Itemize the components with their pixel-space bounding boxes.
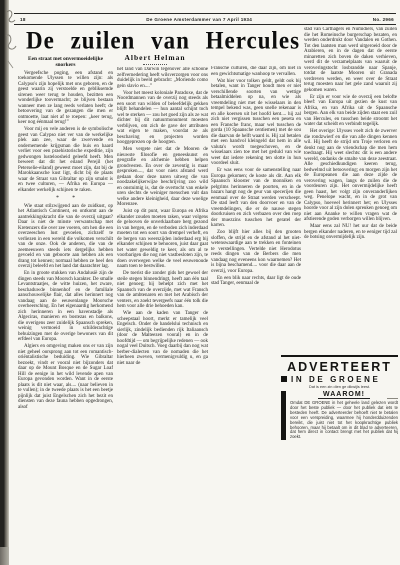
header-rule-top [14, 13, 396, 14]
page-header: 18 De Groene Amsterdammer van 7 April 19… [20, 15, 394, 23]
text-column-1: Een straat met onvermoeidelijke snorkers… [18, 55, 113, 479]
body-paragraph: Er zijn er voor wie de overzij een belof… [304, 95, 397, 128]
body-paragraph: Wie aan de kaden van Tanger de scheepsta… [117, 311, 208, 366]
body-paragraph: Men vergete niet dat de Mooren de nieuws… [117, 147, 208, 208]
black-square-icon [281, 376, 287, 382]
right-margin-mark [387, 398, 398, 399]
text-column-2: het land van Darwin tegenover alle schoo… [117, 67, 208, 479]
text-column-4: stad van Carthagers en Numidiërs, van zu… [304, 27, 397, 353]
body-paragraph: Algiers en omgeving maken ons er van zij… [18, 344, 113, 410]
body-paragraph: Juist op dit punt, waar Europa en Afrika… [117, 209, 208, 270]
body-paragraph: Voor het meest koloniale Paradoxe, dat d… [117, 91, 208, 146]
body-paragraph: Fransche culturen, die daar zijn, om nie… [211, 66, 301, 77]
masthead-dateline: De Groene Amsterdammer van 7 April 1934 [146, 17, 252, 22]
body-paragraph: Wie staat stilzwijgend aan de zuidkust, … [18, 204, 113, 270]
body-paragraph: het land van Darwin tegenover alle schoo… [117, 67, 208, 89]
advert-waarom-heading: WAAROM! [318, 391, 370, 399]
body-paragraph: En in groote stukken van Andalusië zijn … [18, 271, 113, 343]
body-paragraph: De toerist die zonder gids het gewoel de… [117, 271, 208, 310]
advert-top-rule [281, 355, 398, 357]
scan-gutter-strip [0, 0, 9, 565]
section-separator: * * [24, 196, 113, 202]
header-rule-bottom [14, 24, 396, 25]
body-paragraph: En een blik naar rechts, daar ligt de ou… [211, 276, 301, 287]
body-paragraph: Voor mij en vele anderen is de symbolisc… [18, 127, 113, 193]
advert-title: ADVERTEERT [281, 360, 398, 374]
advert-subtitle-row: IN DE GROENE [281, 375, 398, 384]
newspaper-page: 18 De Groene Amsterdammer van 7 April 19… [0, 0, 400, 565]
column-heading: Een straat met onvermoeidelijke snorkers [18, 56, 113, 68]
advert-tagline: Dat is een zin dien ge dikwijls leest. [281, 384, 398, 389]
body-paragraph: stad van Carthagers en Numidiërs, van zu… [304, 27, 397, 93]
advert-box: ADVERTEERT IN DE GROENE Dat is een zin d… [281, 355, 398, 475]
byline-ornament-rule [143, 64, 167, 65]
advert-body-text: Omdat DE GROENE in het geheele land gele… [290, 401, 398, 440]
advert-body-section: WAAROM! Omdat DE GROENE in het geheele l… [281, 391, 398, 440]
advert-subtitle: IN DE GROENE [291, 375, 380, 384]
page-number: 18 [20, 17, 26, 22]
body-paragraph: Vergeefsche poging, een afstand en toeko… [18, 71, 113, 126]
issue-number: No. 2966 [373, 17, 394, 22]
body-paragraph: Het overige: Ulysses voelt zich de zwerv… [304, 129, 397, 223]
body-paragraph: Er was eens voor de samenstelling naar E… [211, 168, 301, 229]
body-paragraph: Maar eens zal NU! het uur dat de beide b… [304, 224, 397, 241]
body-paragraph: Zoo blijft hier alles bij den grooten sl… [211, 230, 301, 274]
advert-body-column: WAAROM! Omdat DE GROENE in het geheele l… [286, 391, 398, 440]
body-paragraph: Wat hier voor tolken geldt, geldt ook bi… [211, 79, 301, 167]
article-title: De zuilen van Hercules [26, 27, 284, 55]
